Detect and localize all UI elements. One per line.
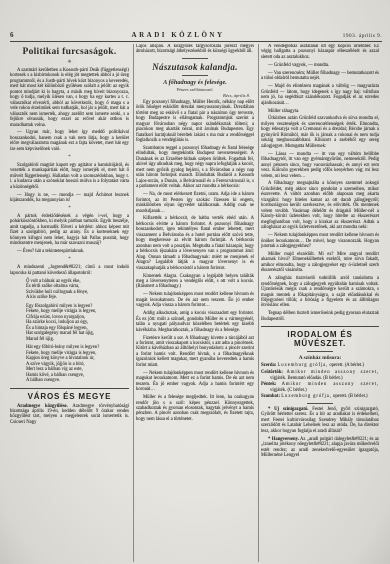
story-headline: Nászutasok kalandja. xyxy=(136,62,254,72)
note-lead: * Hangverseny. xyxy=(268,437,299,442)
news-note: * Hangverseny. Az „aradi polgári dalegyl… xyxy=(261,437,379,459)
story-dateline: Bécs, április 8. xyxy=(136,93,250,98)
star-divider-icon: * xyxy=(10,155,129,161)
star-divider-icon: * xyxy=(10,206,129,212)
star-divider-icon: * xyxy=(10,257,129,263)
column-right: A vendéglőház asztalánál ült egy köpcös … xyxy=(258,44,383,562)
dialogue-paragraph: — Ugyan már, hogy lehet így meddő politi… xyxy=(10,130,129,152)
columns: Politikai furcsaságok. ✳ A szatmári kerü… xyxy=(8,44,384,562)
column-left: Politikai furcsaságok. ✳ A szatmári kerü… xyxy=(8,44,133,562)
playbill-detail: operett. (A bérlet.) xyxy=(328,363,364,368)
playbill-play: Luxemburg grófja, xyxy=(281,394,332,399)
issue-date: 1903. április 9. xyxy=(343,33,382,39)
dialogue-paragraph: — Na, de most elérkezett fizetni, uram. … xyxy=(136,192,254,214)
section-rule xyxy=(10,388,129,389)
playbill-entry: Péntek: Amikor minden asszony szeret, ví… xyxy=(261,382,379,393)
playbill-title: A színház műsora: xyxy=(261,355,379,361)
paragraph: Egy pozsonyi főhadnagy, Müller Henrik, n… xyxy=(136,100,254,144)
dialogue-paragraph: — Lássa — mondta — itt van egy váltóm be… xyxy=(261,152,379,179)
paragraph: Müller ráhagyta. xyxy=(261,109,379,114)
news-lead: Aradmegye közgyűlése. xyxy=(17,404,68,409)
paragraph: A vendéglőház asztalánál ült egy köpcös … xyxy=(261,44,379,60)
playbill-detail: vígjáték. Bemutató előadás. (B bérlet.) xyxy=(270,376,343,381)
poem-stanza: Egy főszolgabíró milyen is legyen? Feket… xyxy=(26,304,129,343)
playbill-entry: Csütörtök: Amikor minden asszony szeret,… xyxy=(261,370,379,381)
playbill-day: Csütörtök: xyxy=(261,370,283,375)
paragraph: Kifizették a bérkocsit, de hátba verték … xyxy=(136,216,254,271)
article-title: Politikai furcsaságok. xyxy=(10,47,129,57)
playbill-play: Amikor minden asszony szeret, xyxy=(286,370,379,375)
playbill-play: Amikor minden asszony szeret, xyxy=(282,382,379,387)
newspaper-page: 6 ARADI KÖZLÖNY 1903. április 9. Politik… xyxy=(0,0,390,564)
ornament-icon: ✳ xyxy=(10,59,129,65)
paragraph: Müller és a felesége megijedtek. Itt len… xyxy=(136,395,254,422)
playbill-play: Luxemburg grófja, xyxy=(278,363,329,368)
masthead: 6 ARADI KÖZLÖNY 1903. április 9. xyxy=(10,26,382,42)
playbill-day: Szerda: xyxy=(261,363,276,368)
playbill-entry: Szerda: Luxemburg grófja, operett. (A bé… xyxy=(261,363,379,369)
playbill-detail: operett. (B bérlet.) xyxy=(332,394,368,399)
dialogue-paragraph: — Van szerencsém; Müller főhadnagy — bem… xyxy=(261,71,379,82)
short-rule xyxy=(307,403,333,404)
paragraph: Szolgabírói magtárt kapott egy agitátor … xyxy=(10,163,129,190)
dialogue-paragraph: — Grünfeld vagyok, — mondta. xyxy=(261,63,379,68)
short-rule xyxy=(182,58,208,59)
section-title-literature-art: IRODALOM ÉS MŰVÉSZET. xyxy=(261,330,379,348)
playbill-entry: Szombat: Luxemburg grófja, operett. (B b… xyxy=(261,394,379,400)
paragraph: A szatmári kerületben a Kossuth-párti De… xyxy=(10,68,129,128)
column-middle: Lajos alispán. A közgyűlés tárgysorozata… xyxy=(133,44,258,562)
section-rule xyxy=(261,326,379,327)
news-item: Aradmegye közgyűlése. Aradmegye törvényh… xyxy=(10,404,129,426)
newspaper-title: ARADI KÖZLÖNY xyxy=(132,31,225,39)
short-rule xyxy=(182,75,208,76)
poem-stanza: Hát egy főbíró-leány milyen is legyen? F… xyxy=(26,345,129,384)
section-title-city-county: VÁROS ÉS MEGYE xyxy=(10,392,129,401)
playbill-day: Szombat: xyxy=(261,394,280,399)
dialogue-paragraph: — Éves? hát a tekintetespártiaknak. xyxy=(10,249,129,254)
poem-stanza: Ő volt a bálnak az egyik éke, És térdi s… xyxy=(26,279,129,301)
dialogue-paragraph: — Hogy is ne, — mondja — majd Áchimot le… xyxy=(10,193,129,204)
dialogue-paragraph: — Nekem tulajdonképpen most rendőrt kell… xyxy=(261,233,379,249)
story-kicker: Pénzes szélhámosnő. xyxy=(136,87,254,92)
paragraph: Fizetésre került a sor. A főhadnagy kive… xyxy=(136,336,254,369)
paragraph: Müller majd elszédült. Mi ez? Mire angya… xyxy=(261,252,379,274)
continuation-paragraph: Lajos alispán. A közgyűlés tárgysorozata… xyxy=(136,44,254,55)
paragraph: Tegnap délben tisztelt ismerőseink pedig… xyxy=(261,311,379,322)
paragraph: Szombaton reggel a pozsonyi főhadnagy és… xyxy=(136,146,254,190)
paragraph: Útközben aztán Grünfeld szavankodva és s… xyxy=(261,116,379,149)
playbill-detail: vígjáték. (C bérlet.) xyxy=(270,388,307,393)
news-note: * Uj szinigazgató. Festei Jenő, győri sz… xyxy=(261,407,379,434)
dialogue-paragraph: — Nekem tulajdonképpen most rendőrt kell… xyxy=(136,371,254,393)
dialogue-paragraph: — Nekem tulajdonképpen most rendőrt kell… xyxy=(136,292,254,308)
paragraph: A zálogház tisztviselő tudniillik arról … xyxy=(261,276,379,309)
dialogue-paragraph: — Majd én elintézem magának a váltóig — … xyxy=(261,84,379,106)
paragraph: A pártok érdeklődésének a végén i-vel, h… xyxy=(10,214,129,247)
poem-intro: A mindszenti „Jogrend&#8221; című a most… xyxy=(10,265,129,276)
paragraph: Kimentek Alagra. Csakugyan a legújabb he… xyxy=(136,274,254,290)
page-number: 6 xyxy=(10,31,14,39)
short-rule xyxy=(307,351,333,352)
paragraph: A főhadnagy megsajnálta a könnyes szemme… xyxy=(261,181,379,230)
paragraph: Addig alkudoztak, amíg a kocsis visszaad… xyxy=(136,311,254,333)
story-subhead: A főhadnagy és felesége. xyxy=(136,79,254,86)
playbill-day: Péntek: xyxy=(261,382,276,387)
